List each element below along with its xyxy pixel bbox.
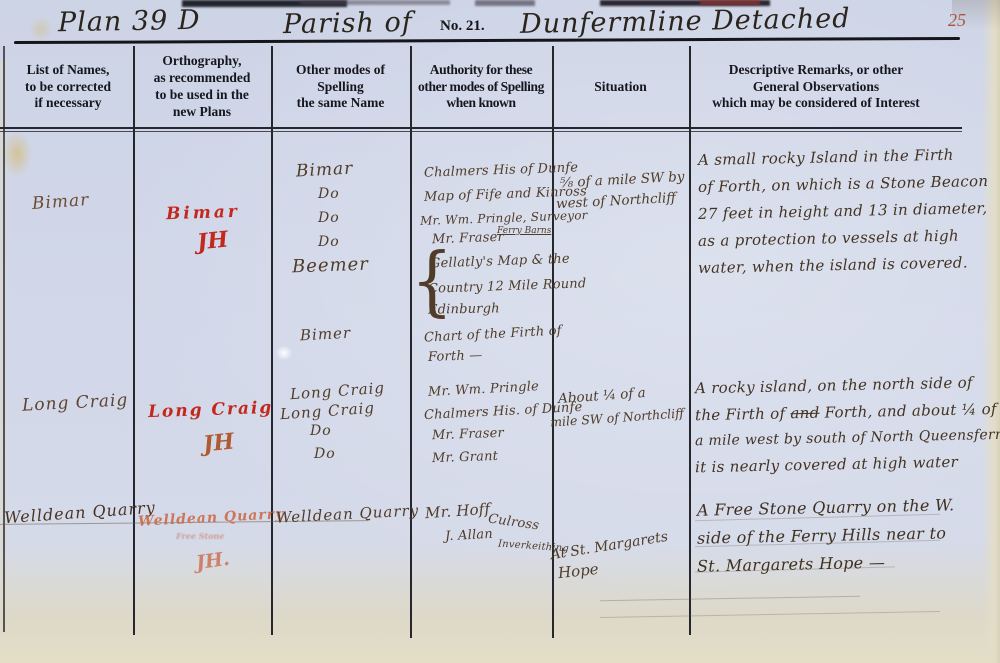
row1-authority-ferry-barns-note: Ferry Barns (497, 226, 551, 236)
row2-situation-line1: About ¼ of a (558, 385, 647, 407)
previous-page-fragment (300, 0, 450, 5)
column-header-situation: Situation (553, 48, 688, 126)
row2-remarks-line2-pre: the Firth of (695, 404, 791, 424)
row1-spelling-4: Do (318, 234, 340, 250)
plan-number-handwritten: Plan 39 D (58, 5, 201, 38)
parish-of-handwritten: Parish of (283, 7, 413, 40)
row3-situation-line2: Hope (557, 560, 599, 582)
row1-spelling-6: Bimer (300, 324, 352, 345)
row2-name: Long Craig (22, 390, 129, 416)
row1-remarks-line3: 27 feet in height and 13 in diameter, (698, 199, 989, 223)
row3-remarks: A Free Stone Quarry on the W. side of th… (697, 498, 954, 582)
row2-remarks-struck-word: and (790, 404, 819, 423)
row3-orthography-faint-note: Free Stone (176, 531, 224, 541)
row1-name: Bimar (31, 190, 90, 214)
row1-remarks-line1: A small rocky Island in the Firth (698, 145, 989, 169)
column-rule-5 (689, 46, 691, 635)
column-header-remarks: Descriptive Remarks, or other General Ob… (690, 48, 942, 126)
row3-situation-line1: At St. Margarets (549, 529, 669, 563)
row3-remarks-line3: St. Margarets Hope — (697, 551, 955, 575)
column-header-other-spellings: Other modes of Spelling the same Name (272, 48, 409, 126)
row3-initials: JH. (195, 548, 231, 574)
previous-page-fragment (475, 0, 535, 6)
row3-remarks-line1: A Free Stone Quarry on the W. (697, 495, 955, 519)
page-number: 25 (948, 10, 966, 31)
paper-stain (276, 346, 292, 360)
row1-spelling-2: Do (318, 186, 340, 202)
row2-remarks: A rocky island, on the north side of the… (695, 376, 1000, 482)
row1-situation-line1: ⅝ of a mile SW by (560, 169, 685, 191)
pencil-line (600, 596, 860, 602)
table-left-rule (3, 46, 5, 632)
row2-authority-1: Mr. Wm. Pringle (428, 379, 540, 400)
row3-authority-2a: J. Allan (445, 527, 494, 544)
row2-remarks-line1: A rocky island, on the north side of (695, 373, 1000, 398)
row2-spelling-4: Do (314, 446, 336, 462)
row1-initials: JH (196, 226, 230, 255)
row3-spelling-1: Welldean Quarry (276, 501, 420, 526)
namebook-scan-page: { "header": { "plan": "Plan 39 D", "pari… (0, 0, 1000, 663)
row2-authority-4: Mr. Grant (432, 449, 499, 466)
column-rule-2 (271, 46, 273, 635)
row2-orthography: Long Craig (148, 398, 274, 422)
row3-remarks-line2: side of the Ferry Hills near to (697, 523, 955, 547)
row2-authority-3: Mr. Fraser (432, 426, 504, 444)
row3-authority-1a: Mr. Hoff (424, 500, 490, 523)
column-header-names: List of Names, to be corrected if necess… (4, 48, 132, 126)
row1-spelling-5: Beemer (292, 254, 370, 278)
row2-remarks-line3: a mile west by south of North Queensferr… (695, 427, 1000, 450)
row1-remarks: A small rocky Island in the Firth of For… (698, 148, 988, 283)
column-header-orthography: Orthography, as recommended to be used i… (134, 48, 270, 126)
row1-orthography: Bimar (166, 202, 240, 225)
page-edge (982, 0, 1000, 663)
row3-orthography: Welldean Quarry (138, 506, 285, 530)
row1-spelling-3: Do (318, 210, 340, 226)
column-header-authority: Authority for these other modes of Spell… (411, 48, 551, 126)
column-rule-3 (410, 46, 412, 638)
row2-initials: JH (202, 428, 236, 457)
row1-authority-5b: Forth — (428, 348, 483, 365)
row1-authority-5a: Chart of the Firth of (424, 323, 562, 345)
row1-authority-1: Chalmers His of Dunfe (424, 160, 579, 180)
row1-remarks-line5: water, when the island is covered. (698, 253, 989, 277)
row2-spelling-3: Do (310, 423, 332, 439)
row1-remarks-line4: as a protection to vessels at high (698, 226, 989, 250)
title-underline-rule (14, 37, 960, 44)
pencil-line (600, 611, 940, 618)
row1-authority-brace-line3: Edinburgh (428, 301, 500, 317)
row3-authority-1b: Culross (487, 512, 540, 534)
parish-name-handwritten: Dunfermline Detached (520, 3, 851, 40)
sheet-number-printed: No. 21. (440, 18, 485, 35)
header-bottom-rule2 (0, 131, 962, 132)
row1-remarks-line2: of Forth, on which is a Stone Beacon (698, 172, 989, 196)
row1-spelling-1: Bimar (296, 159, 354, 182)
row2-remarks-line4: it is nearly covered at high water (695, 452, 1000, 477)
paper-stain (28, 16, 54, 42)
header-bottom-rule (0, 127, 962, 129)
row2-remarks-line2-post: Forth, and about ¼ of (819, 400, 997, 422)
column-rule-1 (133, 46, 135, 635)
row2-remarks-line2: the Firth of and Forth, and about ¼ of (695, 400, 1000, 425)
paper-stain (2, 130, 32, 178)
